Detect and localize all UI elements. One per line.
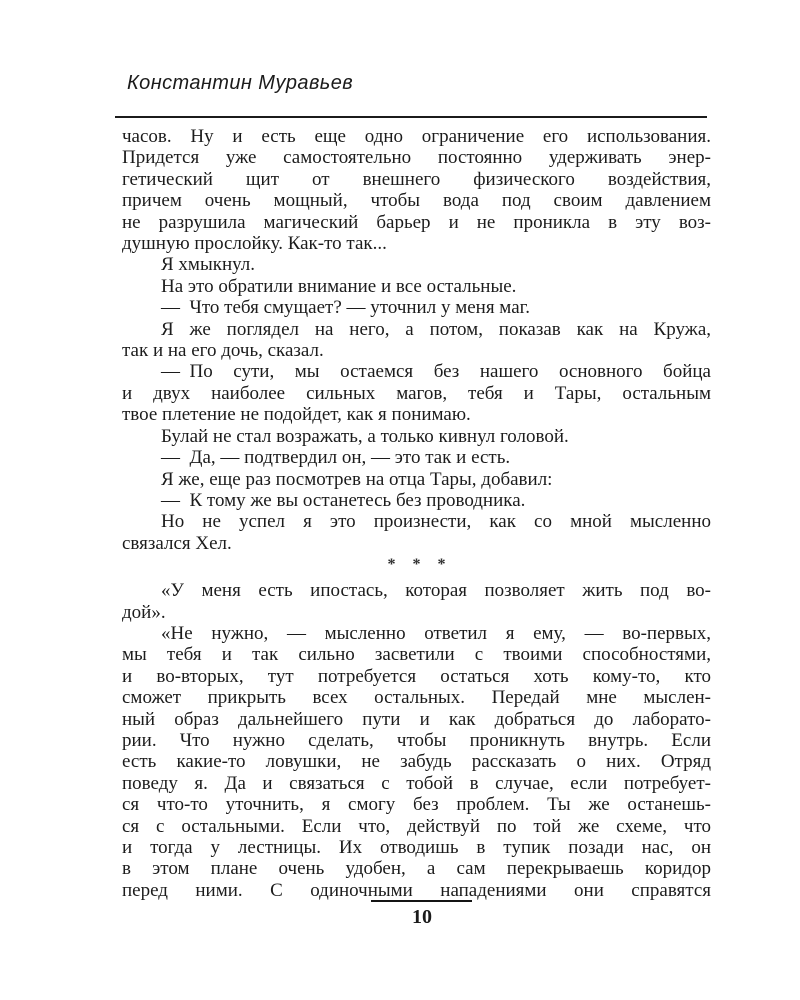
- text-line: мы тебя и так сильно засветили с твоими …: [122, 644, 711, 665]
- text-line: — По сути, мы остаемся без нашего основн…: [122, 361, 711, 382]
- paragraph: — К тому же вы останетесь без проводника…: [122, 490, 711, 511]
- text-line: — Что тебя смущает? — уточнил у меня маг…: [122, 297, 711, 318]
- footer-rule: [371, 900, 472, 902]
- text-line: ный образ дальнейшего пути и как добрать…: [122, 709, 711, 730]
- text-line: гетический щит от внешнего физического в…: [122, 169, 711, 190]
- text-line: и тогда у лестницы. Их отводишь в тупик …: [122, 837, 711, 858]
- text-line: связался Хел.: [122, 533, 711, 554]
- header-rule: [115, 116, 707, 118]
- text-line: не разрушила магический барьер и не прон…: [122, 212, 711, 233]
- text-line: так и на его дочь, сказал.: [122, 340, 711, 361]
- paragraph: — Что тебя смущает? — уточнил у меня маг…: [122, 297, 711, 318]
- text-line: душную прослойку. Как-то так...: [122, 233, 711, 254]
- paragraph: Но не успел я это произнести, как со мно…: [122, 511, 711, 554]
- paragraph: На это обратили внимание и все остальные…: [122, 276, 711, 297]
- text-line: и двух наиболее сильных магов, тебя и Та…: [122, 383, 711, 404]
- paragraph: Я же, еще раз посмотрев на отца Тары, до…: [122, 469, 711, 490]
- text-line: и во-вторых, тут потребуется остаться хо…: [122, 666, 711, 687]
- text-line: рии. Что нужно сделать, чтобы проникнуть…: [122, 730, 711, 751]
- text-line: Я же поглядел на него, а потом, показав …: [122, 319, 711, 340]
- text-line: «У меня есть ипостась, которая позволяет…: [122, 580, 711, 601]
- text-line: дой».: [122, 602, 711, 623]
- text-line: Я же, еще раз посмотрев на отца Тары, до…: [122, 469, 711, 490]
- text-line: ся с остальными. Если что, действуй по т…: [122, 816, 711, 837]
- text-line: Но не успел я это произнести, как со мно…: [122, 511, 711, 532]
- text-line: причем очень мощный, чтобы вода под свои…: [122, 190, 711, 211]
- text-line: в этом плане очень удобен, а сам перекры…: [122, 858, 711, 879]
- text-line: — К тому же вы останетесь без проводника…: [122, 490, 711, 511]
- text-line: твое плетение не подойдет, как я понимаю…: [122, 404, 711, 425]
- text-line: ся что-то уточнить, я смогу без проблем.…: [122, 794, 711, 815]
- text-line: перед ними. С одиночными нападениями они…: [122, 880, 711, 901]
- paragraph: Я же поглядел на него, а потом, показав …: [122, 319, 711, 362]
- text-line: поведу я. Да и связаться с тобой в случа…: [122, 773, 711, 794]
- text-line: сможет прикрыть всех остальных. Передай …: [122, 687, 711, 708]
- text-line: Я хмыкнул.: [122, 254, 711, 275]
- text-line: На это обратили внимание и все остальные…: [122, 276, 711, 297]
- text-line: Придется уже самостоятельно постоянно уд…: [122, 147, 711, 168]
- paragraph: Булай не стал возражать, а только кивнул…: [122, 426, 711, 447]
- scene-break-asterisks: * * *: [122, 554, 711, 580]
- text-line: — Да, — подтвердил он, — это так и есть.: [122, 447, 711, 468]
- page-body-text: часов. Ну и есть еще одно ограничение ег…: [122, 126, 711, 901]
- page-number: 10: [322, 906, 522, 929]
- text-line: часов. Ну и есть еще одно ограничение ег…: [122, 126, 711, 147]
- text-line: есть какие-то ловушки, не забудь рассказ…: [122, 751, 711, 772]
- book-page: Константин Муравьев часов. Ну и есть еще…: [0, 0, 800, 1000]
- running-header-author: Константин Муравьев: [127, 72, 353, 95]
- paragraph: — По сути, мы остаемся без нашего основн…: [122, 361, 711, 425]
- paragraph: часов. Ну и есть еще одно ограничение ег…: [122, 126, 711, 254]
- text-line: Булай не стал возражать, а только кивнул…: [122, 426, 711, 447]
- paragraph: «У меня есть ипостась, которая позволяет…: [122, 580, 711, 623]
- paragraph: «Не нужно, — мысленно ответил я ему, — в…: [122, 623, 711, 901]
- text-line: «Не нужно, — мысленно ответил я ему, — в…: [122, 623, 711, 644]
- paragraph: — Да, — подтвердил он, — это так и есть.: [122, 447, 711, 468]
- paragraph: Я хмыкнул.: [122, 254, 711, 275]
